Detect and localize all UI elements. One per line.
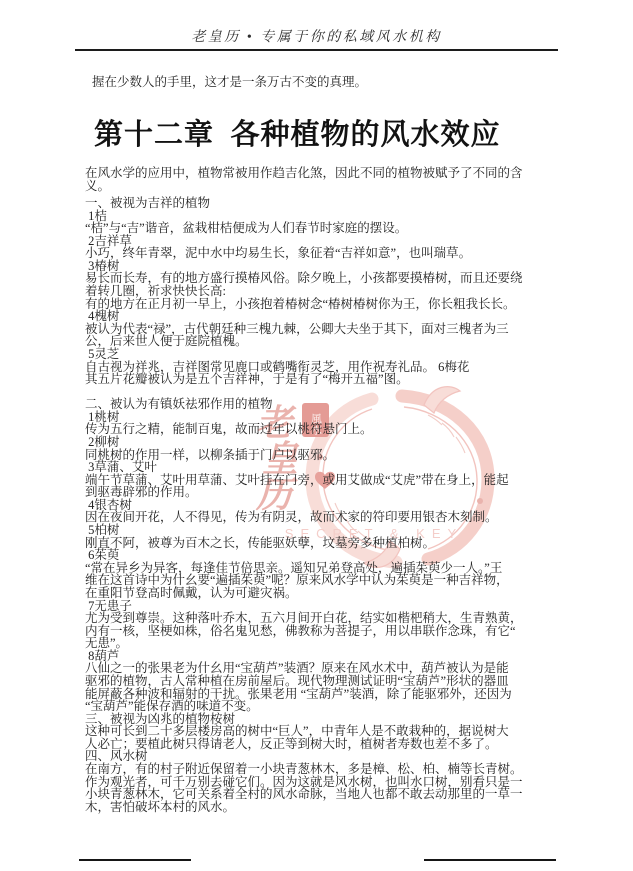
chapter-title: 第十二章 各种植物的风水效应 [94,112,614,153]
intro-paragraph: 在风水学的应用中，植物常被用作趋吉化煞，因此不同的植物被赋予了不同的含 义。 [85,167,585,192]
body-text: 一、被视为吉祥的植物 1桔 “桔”与“吉”谐音，盆栽柑桔便成为人们春节时家庭的摆… [85,197,590,813]
footer-line-right [424,859,556,861]
scanned-document-page: 老皇历 • 专属于你的私域风水机构 握在少数人的手里，这才是一条万古不变的真理。… [0,0,633,871]
header-divider-line [75,49,558,51]
footer-line-left [79,859,191,861]
lead-paragraph: 握在少数人的手里，这才是一条万古不变的真理。 [92,76,572,89]
header-brand-text: 老皇历 • 专属于你的私域风水机构 [0,26,633,46]
